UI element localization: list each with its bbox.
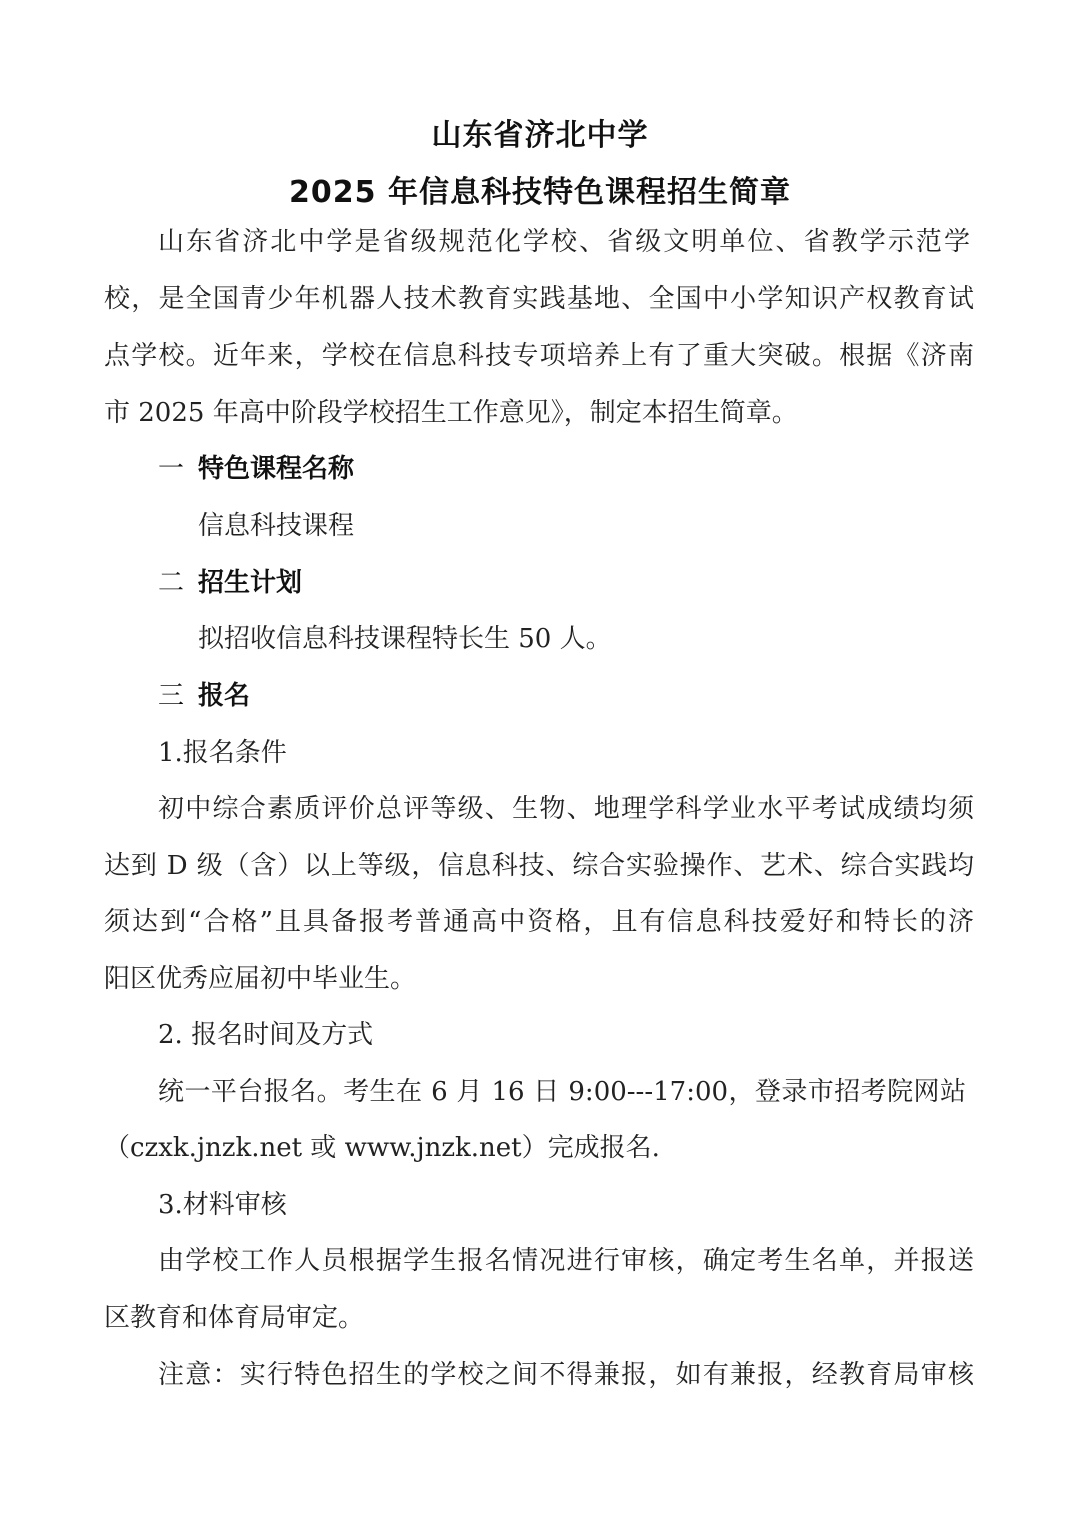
section-number: 二: [158, 566, 198, 600]
sub1-line-4: 阳区优秀应届初中毕业生。: [104, 962, 416, 996]
section-heading-3: 三报名: [158, 679, 250, 713]
sub3-line-2: 区教育和体育局审定。: [104, 1301, 364, 1335]
section-title: 报名: [198, 681, 250, 711]
section-body-1: 信息科技课程: [198, 509, 354, 543]
section-title: 特色课程名称: [198, 454, 354, 484]
intro-line-3: 点学校。近年来，学校在信息科技专项培养上有了重大突破。根据《济南: [104, 339, 974, 373]
subsection-title-2: 2. 报名时间及方式: [158, 1018, 373, 1052]
sub1-line-3: 须达到“合格”且具备报考普通高中资格，且有信息科技爱好和特长的济: [104, 905, 974, 939]
sub1-line-2: 达到 D 级（含）以上等级，信息科技、综合实验操作、艺术、综合实践均: [104, 849, 974, 883]
section-title: 招生计划: [198, 568, 302, 598]
section-heading-1: 一特色课程名称: [158, 452, 354, 486]
intro-line-2: 校，是全国青少年机器人技术教育实践基地、全国中小学知识产权教育试: [104, 282, 974, 316]
intro-line-4: 市 2025 年高中阶段学校招生工作意见》，制定本招生简章。: [104, 396, 798, 430]
school-title: 山东省济北中学: [0, 110, 1080, 154]
section-number: 三: [158, 679, 198, 713]
document-page: 山东省济北中学 2025 年信息科技特色课程招生简章 山东省济北中学是省级规范化…: [0, 0, 1080, 1527]
sub2-line-2: （czxk.jnzk.net 或 www.jnzk.net）完成报名.: [104, 1131, 660, 1165]
section-number: 一: [158, 452, 198, 486]
subsection-title-3: 3.材料审核: [158, 1188, 287, 1222]
section-heading-2: 二招生计划: [158, 566, 302, 600]
sub2-line-1: 统一平台报名。考生在 6 月 16 日 9:00---17:00，登录市招考院网…: [158, 1075, 966, 1109]
sub3-line-1: 由学校工作人员根据学生报名情况进行审核，确定考生名单，并报送: [158, 1244, 974, 1278]
intro-line-1: 山东省济北中学是省级规范化学校、省级文明单位、省教学示范学: [158, 225, 970, 259]
note-line: 注意：实行特色招生的学校之间不得兼报，如有兼报，经教育局审核: [158, 1358, 974, 1392]
document-title: 2025 年信息科技特色课程招生简章: [0, 167, 1080, 211]
subsection-title-1: 1.报名条件: [158, 736, 287, 770]
sub1-line-1: 初中综合素质评价总评等级、生物、地理学科学业水平考试成绩均须: [158, 792, 974, 826]
section-body-2: 拟招收信息科技课程特长生 50 人。: [198, 622, 612, 656]
